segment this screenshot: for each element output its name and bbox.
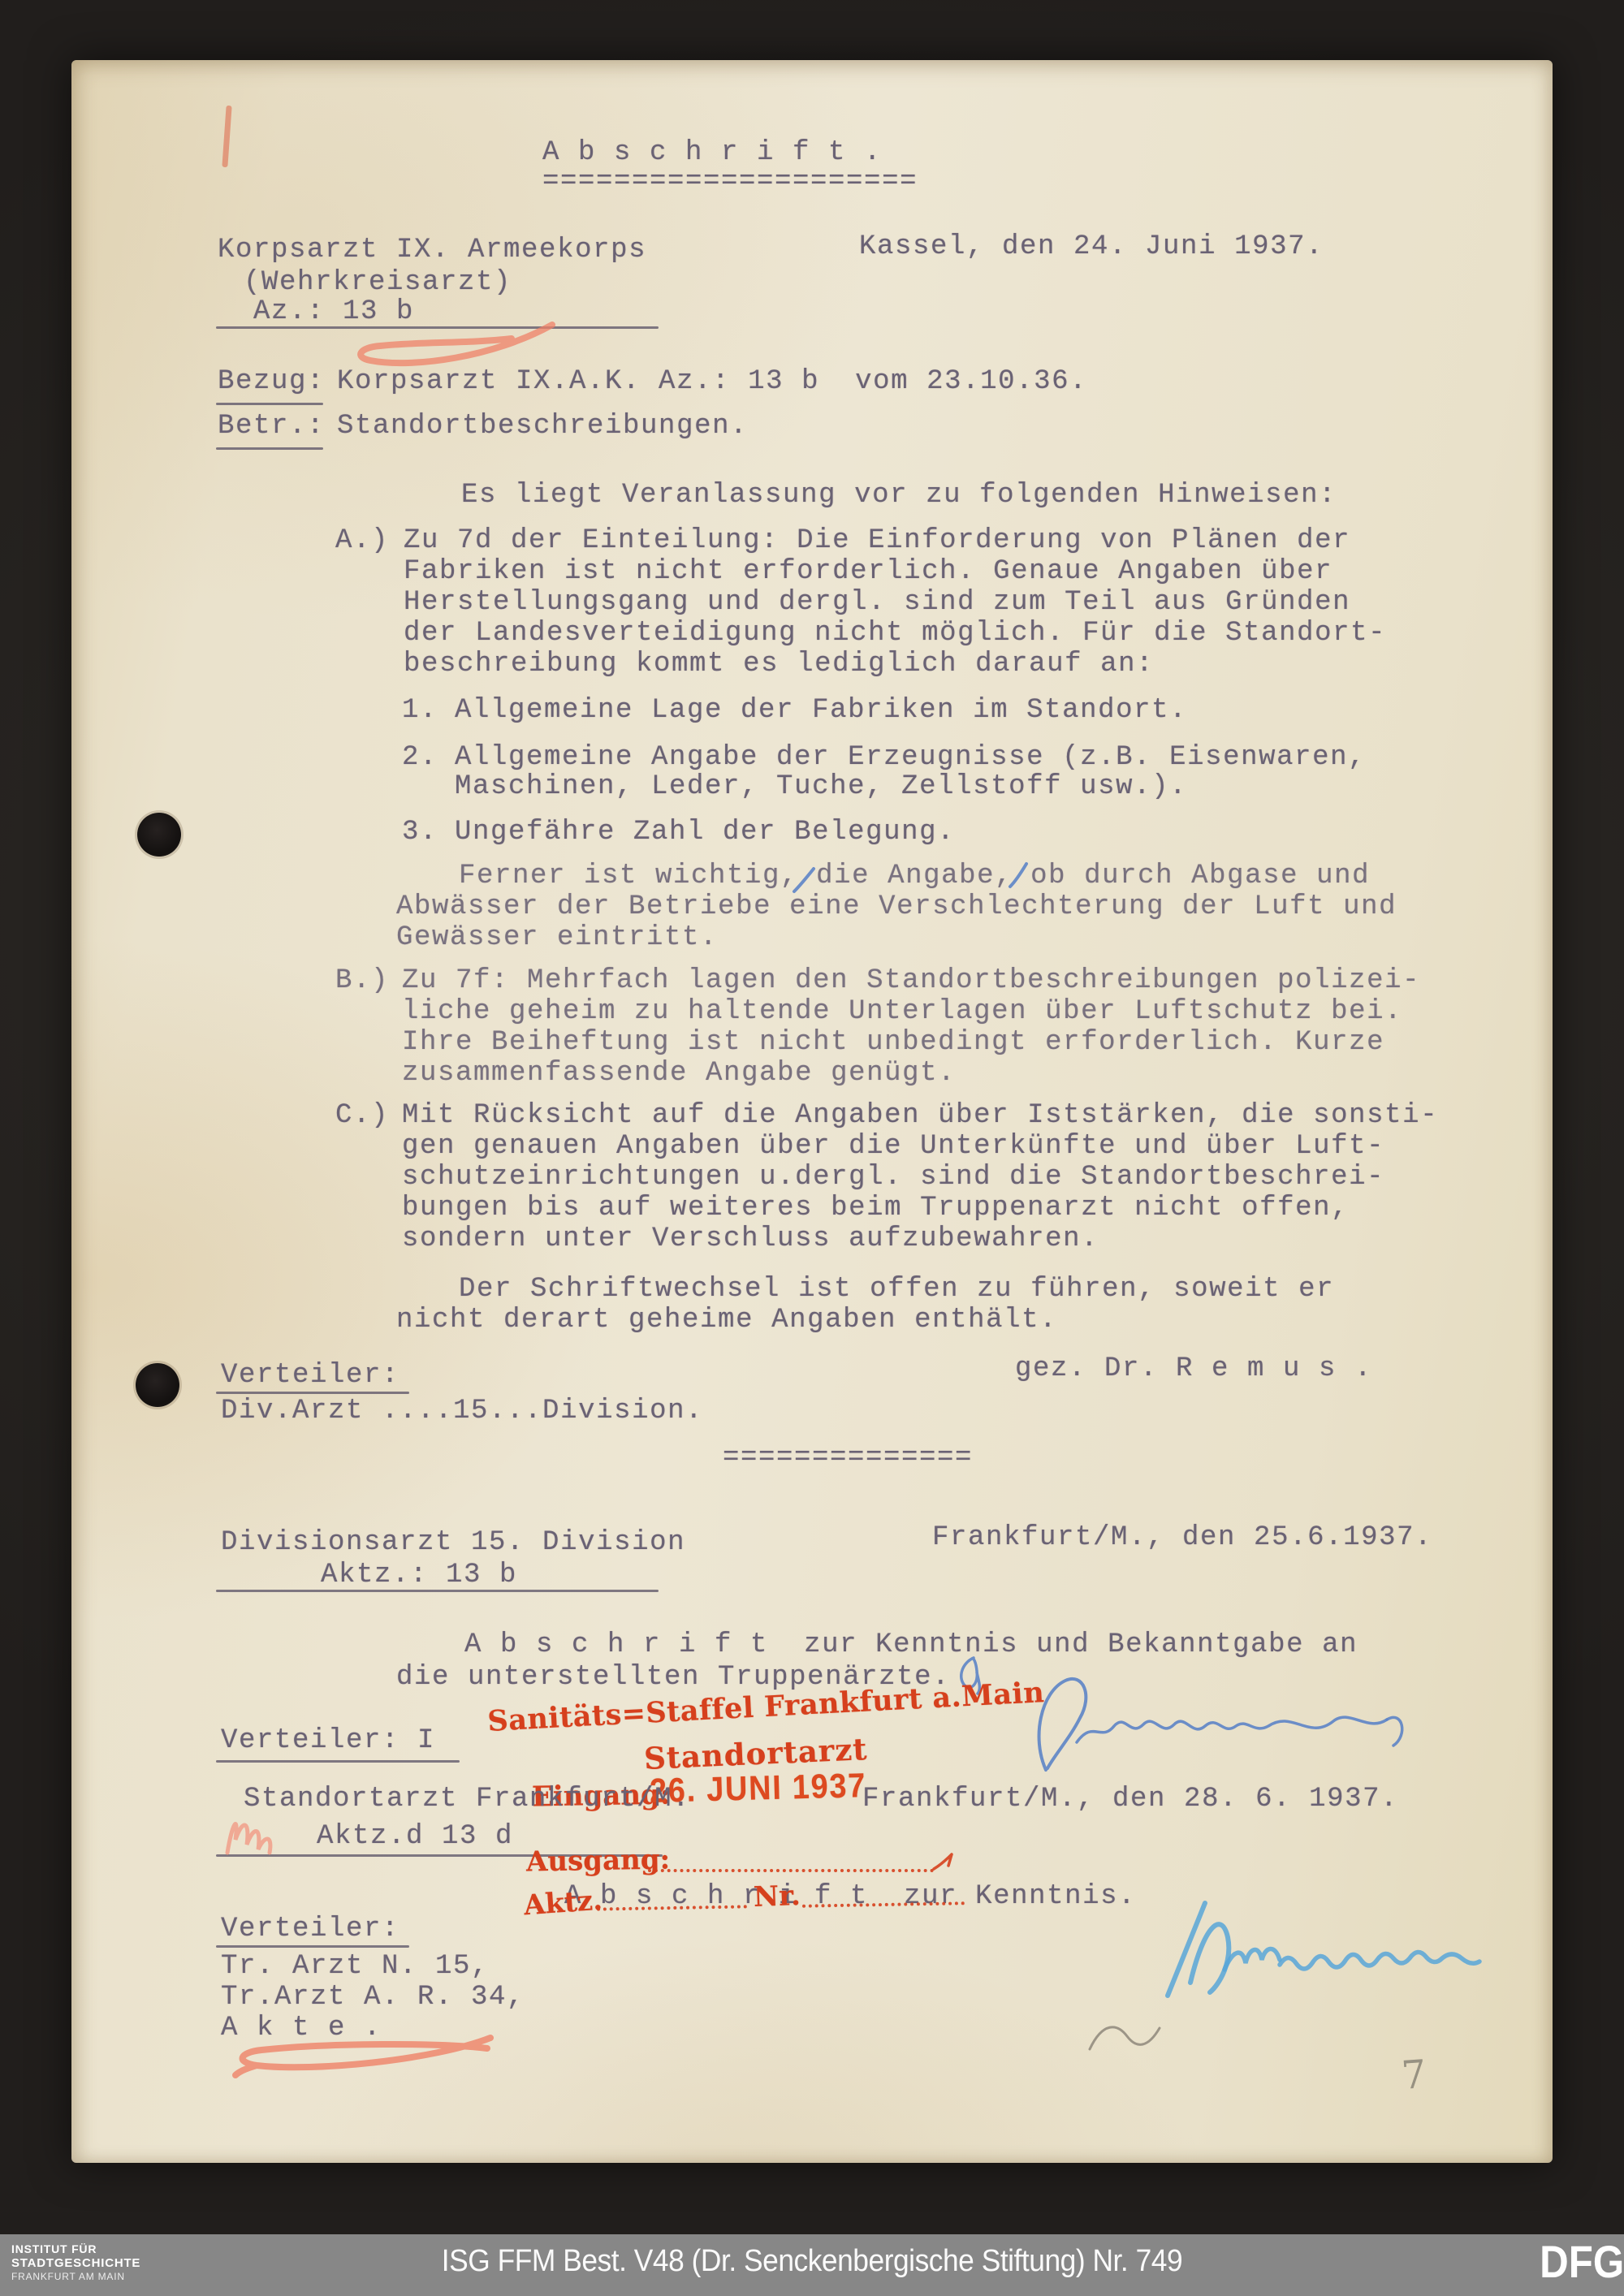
typed-underline-verteiler2: [216, 1760, 460, 1763]
section-b-line: liche geheim zu haltende Unterlagen über…: [402, 997, 1402, 1027]
section-c-line: Mit Rücksicht auf die Angaben über Istst…: [402, 1101, 1438, 1131]
dateline-frankfurt-1: Frankfurt/M., den 25.6.1937.: [932, 1523, 1432, 1553]
standortarzt-line1: Standortarzt Frankfurt/M.: [244, 1785, 690, 1815]
typed-underline-verteiler3: [216, 1945, 409, 1948]
verteiler-3-item: Tr. Arzt N. 15,: [221, 1952, 489, 1982]
dateline-kassel: Kassel, den 24. Juni 1937.: [859, 232, 1324, 262]
stamp-aktz-label: Aktz.: [523, 1884, 603, 1923]
intro-line: Es liegt Veranlassung vor zu folgenden H…: [461, 481, 1337, 511]
section-b-line: Zu 7f: Mehrfach lagen den Standortbeschr…: [402, 966, 1420, 996]
handwritten-signature-crayon: [1161, 1892, 1535, 2009]
sender-line-2: (Wehrkreisarzt): [244, 268, 512, 298]
section-b-line: zusammenfassende Angabe genügt.: [402, 1059, 956, 1089]
red-pencil-swoosh: [229, 2028, 505, 2078]
section-a-line: Fabriken ist nicht erforderlich. Genaue …: [404, 557, 1332, 587]
section-divider: ==============: [723, 1444, 973, 1474]
section-c-line: schutzeinrichtungen u.dergl. sind die St…: [402, 1163, 1384, 1193]
list-item-text: Maschinen, Leder, Tuche, Zellstoff usw.)…: [455, 772, 1187, 802]
verteiler-3-item: Tr.Arzt A. R. 34,: [221, 1983, 525, 2013]
section-c-line: sondern unter Verschluss aufzubewahren.: [402, 1224, 1099, 1254]
typed-underline-verteiler1: [216, 1392, 409, 1394]
red-pencil-scribble: [218, 1801, 299, 1866]
ferner-line: Abwässer der Betriebe eine Verschlechter…: [396, 892, 1397, 922]
section-a-label: A.): [335, 526, 389, 556]
stamp-nr-label: Nr.: [753, 1880, 801, 1914]
blue-ink-comma-mark: [789, 865, 822, 895]
standortarzt-line2: Aktz.d 13 d: [317, 1822, 513, 1852]
verteiler-1-label: Verteiler:: [221, 1361, 400, 1391]
handwritten-signature-ink: [1023, 1663, 1429, 1785]
abschrift-2-line: A b s c h r i f t zur Kenntnis und Bekan…: [464, 1630, 1358, 1660]
closing-line: Der Schriftwechsel ist offen zu führen, …: [459, 1275, 1334, 1305]
ferner-line: Ferner ist wichtig, die Angabe, ob durch…: [459, 861, 1370, 891]
typed-underline-bezug: [216, 403, 323, 405]
document-heading: A b s c h r i f t .: [542, 138, 882, 168]
verteiler-1-line: Div.Arzt ....15...Division.: [221, 1396, 703, 1426]
betr-text: Standortbeschreibungen.: [337, 412, 748, 442]
list-item-text: Ungefähre Zahl der Belegung.: [455, 818, 955, 848]
sender-line-1: Korpsarzt IX. Armeekorps: [218, 235, 646, 265]
section-c-line: bungen bis auf weiteres beim Truppenarzt…: [402, 1193, 1349, 1224]
division-header-line1: Divisionsarzt 15. Division: [221, 1528, 685, 1558]
list-item-text: Allgemeine Lage der Fabriken im Standort…: [455, 696, 1187, 726]
dateline-frankfurt-2: Frankfurt/M., den 28. 6. 1937.: [862, 1785, 1398, 1815]
list-item-number: 2.: [402, 743, 438, 773]
hole-punch-top: [137, 813, 181, 857]
red-check-mark: [348, 315, 567, 372]
pencil-squiggle: [1085, 2015, 1166, 2060]
verteiler-3-label: Verteiler:: [221, 1914, 400, 1944]
stamp-ausgang-label: Ausgang:: [526, 1843, 671, 1878]
section-a-line: der Landesverteidigung nicht möglich. Fü…: [404, 619, 1386, 649]
blue-ink-comma-mark: [1004, 861, 1036, 890]
verteiler-2-label: Verteiler: I: [221, 1726, 435, 1756]
typed-underline-aktz13b: [216, 1590, 659, 1592]
stamp-dotted-line: [648, 1869, 934, 1872]
list-item-number: 3.: [402, 818, 438, 848]
division-header-line2: Aktz.: 13 b: [321, 1560, 517, 1590]
section-a-line: Herstellungsgang und dergl. sind zum Tei…: [404, 588, 1350, 618]
ferner-line: Gewässer eintritt.: [396, 923, 718, 953]
section-c-label: C.): [335, 1101, 389, 1131]
archive-reference: ISG FFM Best. V48 (Dr. Senckenbergische …: [57, 2246, 1567, 2277]
signature-typed-gez: gez. Dr. R e m u s .: [1015, 1354, 1372, 1384]
footer-bar: INSTITUT FÜR STADTGESCHICHTE FRANKFURT A…: [0, 2234, 1624, 2296]
bezug-label: Bezug:: [218, 367, 325, 397]
list-item-number: 1.: [402, 696, 438, 726]
bezug-text: Korpsarzt IX.A.K. Az.: 13 b vom 23.10.36…: [337, 367, 1087, 397]
stamp-line-hook: [931, 1851, 955, 1875]
betr-label: Betr.:: [218, 412, 325, 442]
section-c-line: gen genauen Angaben über die Unterkünfte…: [402, 1132, 1384, 1162]
closing-line: nicht derart geheime Angaben enthält.: [396, 1306, 1057, 1336]
section-b-label: B.): [335, 966, 389, 996]
typed-underline-betr: [216, 447, 323, 450]
archival-scan-page: A b s c h r i f t . ====================…: [0, 0, 1624, 2296]
section-b-line: Ihre Beiheftung ist nicht unbedingt erfo…: [402, 1028, 1384, 1058]
section-a-line: beschreibung kommt es lediglich darauf a…: [404, 650, 1154, 680]
pencil-page-number: 7: [1400, 2052, 1427, 2099]
dfg-logo: DFG: [1540, 2239, 1624, 2285]
list-item-text: Allgemeine Angabe der Erzeugnisse (z.B. …: [455, 743, 1366, 773]
section-a-line: Zu 7d der Einteilung: Die Einforderung v…: [404, 526, 1350, 556]
hole-punch-bottom: [136, 1363, 179, 1407]
heading-rule: =====================: [542, 167, 918, 197]
